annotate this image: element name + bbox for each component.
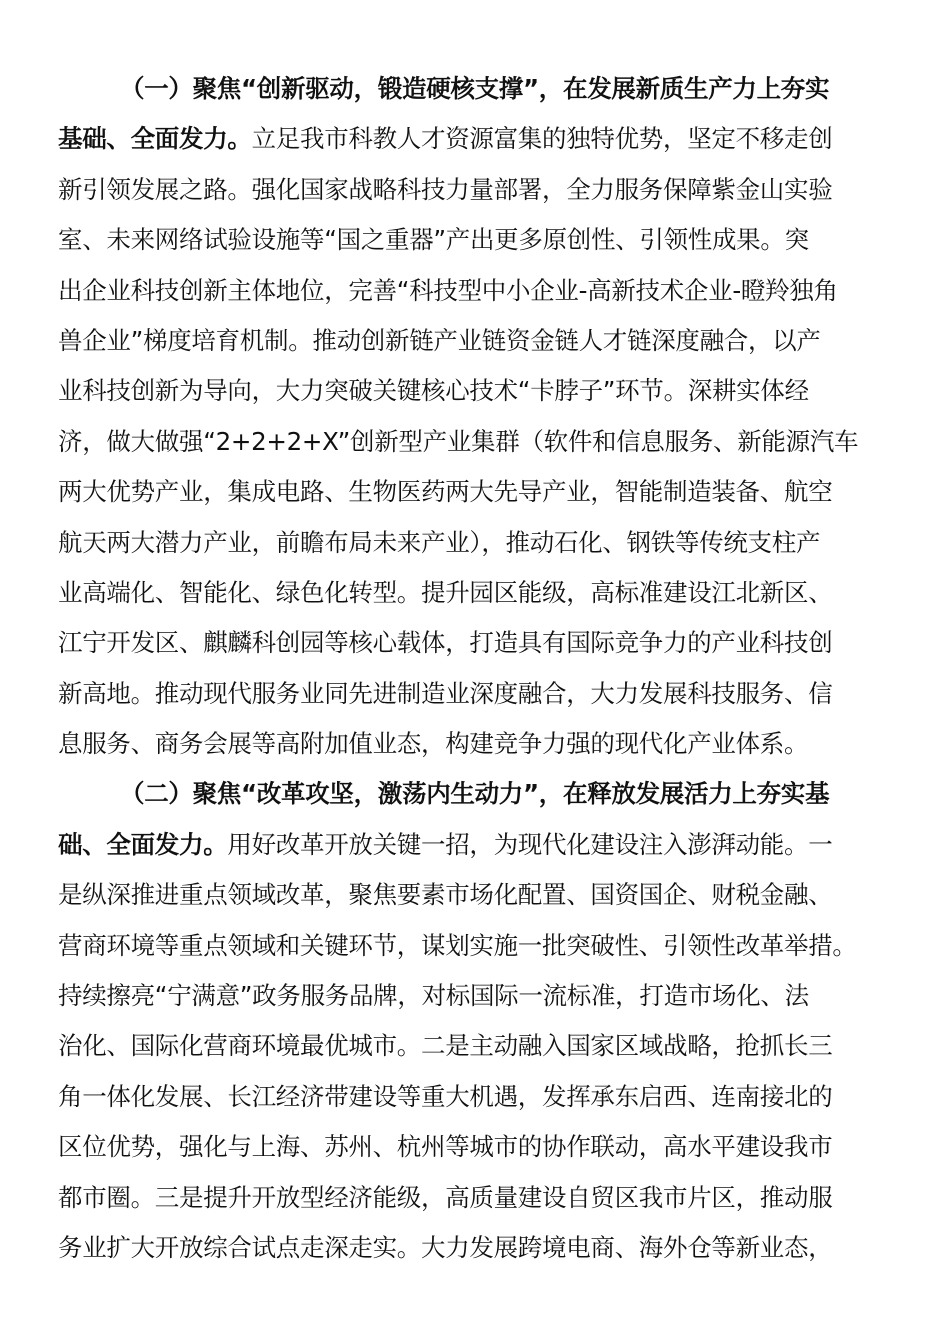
- text-run: 息服务、商务会展等高附加值业态，构建竞争力强的现代化产业体系。: [58, 729, 808, 758]
- text-line: 两大优势产业，集成电路、生物医药两大先导产业，智能制造装备、航空: [58, 467, 898, 517]
- text-line: 新高地。推动现代服务业同先进制造业深度融合，大力发展科技服务、信: [58, 669, 898, 719]
- text-run: 都市圈。三是提升开放型经济能级，高质量建设自贸区我市片区，推动服: [58, 1183, 832, 1212]
- paragraph-heading: （一）聚焦“创新驱动，锻造硬核支撑”，在发展新质生产力上夯实: [120, 74, 829, 103]
- text-run: 新引领发展之路。强化国家战略科技力量部署，全力服务保障紫金山实验: [58, 175, 832, 204]
- text-line: 新引领发展之路。强化国家战略科技力量部署，全力服务保障紫金山实验: [58, 165, 898, 215]
- text-run: 新高地。推动现代服务业同先进制造业深度融合，大力发展科技服务、信: [58, 679, 832, 708]
- text-run: 用好改革开放关键一招，为现代化建设注入澎湃动能。一: [227, 830, 832, 859]
- paragraph-1: （一）聚焦“创新驱动，锻造硬核支撑”，在发展新质生产力上夯实 基础、全面发力。立…: [58, 64, 898, 769]
- text-line: 角一体化发展、长江经济带建设等重大机遇，发挥承东启西、连南接北的: [58, 1072, 898, 1122]
- paragraph-heading: 基础、全面发力。: [58, 124, 252, 153]
- text-run: 业科技创新为导向，大力突破关键核心技术“卡脖子”环节。深耕实体经: [58, 376, 809, 405]
- text-line: 江宁开发区、麒麟科创园等核心载体，打造具有国际竞争力的产业科技创: [58, 618, 898, 668]
- text-run: 业高端化、智能化、绿色化转型。提升园区能级，高标准建设江北新区、: [58, 578, 832, 607]
- text-run: 务业扩大开放综合试点走深走实。大力发展跨境电商、海外仓等新业态，: [58, 1233, 832, 1262]
- text-line: 是纵深推进重点领域改革，聚焦要素市场化配置、国资国企、财税金融、: [58, 870, 898, 920]
- text-line: 础、全面发力。用好改革开放关键一招，为现代化建设注入澎湃动能。一: [58, 820, 898, 870]
- text-run: 角一体化发展、长江经济带建设等重大机遇，发挥承东启西、连南接北的: [58, 1082, 832, 1111]
- text-run: 济，做大做强“2+2+2+X”创新型产业集群（软件和信息服务、新能源汽车: [58, 427, 858, 456]
- text-line: 济，做大做强“2+2+2+X”创新型产业集群（软件和信息服务、新能源汽车: [58, 417, 898, 467]
- text-run: 江宁开发区、麒麟科创园等核心载体，打造具有国际竞争力的产业科技创: [58, 628, 832, 657]
- text-line: 务业扩大开放综合试点走深走实。大力发展跨境电商、海外仓等新业态，: [58, 1223, 898, 1273]
- text-run: 出企业科技创新主体地位，完善“科技型中小企业-高新技术企业-瞪羚独角: [58, 276, 838, 305]
- text-line: 室、未来网络试验设施等“国之重器”产出更多原创性、引领性成果。突: [58, 215, 898, 265]
- text-line: 业科技创新为导向，大力突破关键核心技术“卡脖子”环节。深耕实体经: [58, 366, 898, 416]
- text-line: 治化、国际化营商环境最优城市。二是主动融入国家区域战略，抢抓长三: [58, 1021, 898, 1071]
- text-line: 区位优势，强化与上海、苏州、杭州等城市的协作联动，高水平建设我市: [58, 1122, 898, 1172]
- paragraph-2-heading-line: （二）聚焦“改革攻坚，激荡内生动力”，在释放发展活力上夯实基: [58, 769, 898, 819]
- text-run: 区位优势，强化与上海、苏州、杭州等城市的协作联动，高水平建设我市: [58, 1132, 832, 1161]
- text-line: 息服务、商务会展等高附加值业态，构建竞争力强的现代化产业体系。: [58, 719, 898, 769]
- text-line: 都市圈。三是提升开放型经济能级，高质量建设自贸区我市片区，推动服: [58, 1173, 898, 1223]
- paragraph-heading: 础、全面发力。: [58, 830, 227, 859]
- text-line: 营商环境等重点领域和关键环节，谋划实施一批突破性、引领性改革举措。: [58, 921, 898, 971]
- text-line: 航天两大潜力产业，前瞻布局未来产业），推动石化、钢铁等传统支柱产: [58, 518, 898, 568]
- text-run: 两大优势产业，集成电路、生物医药两大先导产业，智能制造装备、航空: [58, 477, 832, 506]
- text-line: 业高端化、智能化、绿色化转型。提升园区能级，高标准建设江北新区、: [58, 568, 898, 618]
- text-line: 持续擦亮“宁满意”政务服务品牌，对标国际一流标准，打造市场化、法: [58, 971, 898, 1021]
- text-run: 航天两大潜力产业，前瞻布局未来产业），推动石化、钢铁等传统支柱产: [58, 528, 820, 557]
- text-line: 出企业科技创新主体地位，完善“科技型中小企业-高新技术企业-瞪羚独角: [58, 266, 898, 316]
- paragraph-1-heading-line: （一）聚焦“创新驱动，锻造硬核支撑”，在发展新质生产力上夯实: [58, 64, 898, 114]
- text-run: 室、未来网络试验设施等“国之重器”产出更多原创性、引领性成果。突: [58, 225, 809, 254]
- text-run: 营商环境等重点领域和关键环节，谋划实施一批突破性、引领性改革举措。: [58, 931, 857, 960]
- text-run: 持续擦亮“宁满意”政务服务品牌，对标国际一流标准，打造市场化、法: [58, 981, 809, 1010]
- text-run: 是纵深推进重点领域改革，聚焦要素市场化配置、国资国企、财税金融、: [58, 880, 832, 909]
- document-page: （一）聚焦“创新驱动，锻造硬核支撑”，在发展新质生产力上夯实 基础、全面发力。立…: [58, 64, 898, 1273]
- text-run: 兽企业”梯度培育机制。推动创新链产业链资金链人才链深度融合，以产: [58, 326, 821, 355]
- paragraph-heading: （二）聚焦“改革攻坚，激荡内生动力”，在释放发展活力上夯实基: [120, 779, 829, 808]
- text-line: 兽企业”梯度培育机制。推动创新链产业链资金链人才链深度融合，以产: [58, 316, 898, 366]
- text-line: 基础、全面发力。立足我市科教人才资源富集的独特优势，坚定不移走创: [58, 114, 898, 164]
- paragraph-2: （二）聚焦“改革攻坚，激荡内生动力”，在释放发展活力上夯实基 础、全面发力。用好…: [58, 769, 898, 1273]
- text-run: 治化、国际化营商环境最优城市。二是主动融入国家区域战略，抢抓长三: [58, 1031, 832, 1060]
- text-run: 立足我市科教人才资源富集的独特优势，坚定不移走创: [252, 124, 833, 153]
